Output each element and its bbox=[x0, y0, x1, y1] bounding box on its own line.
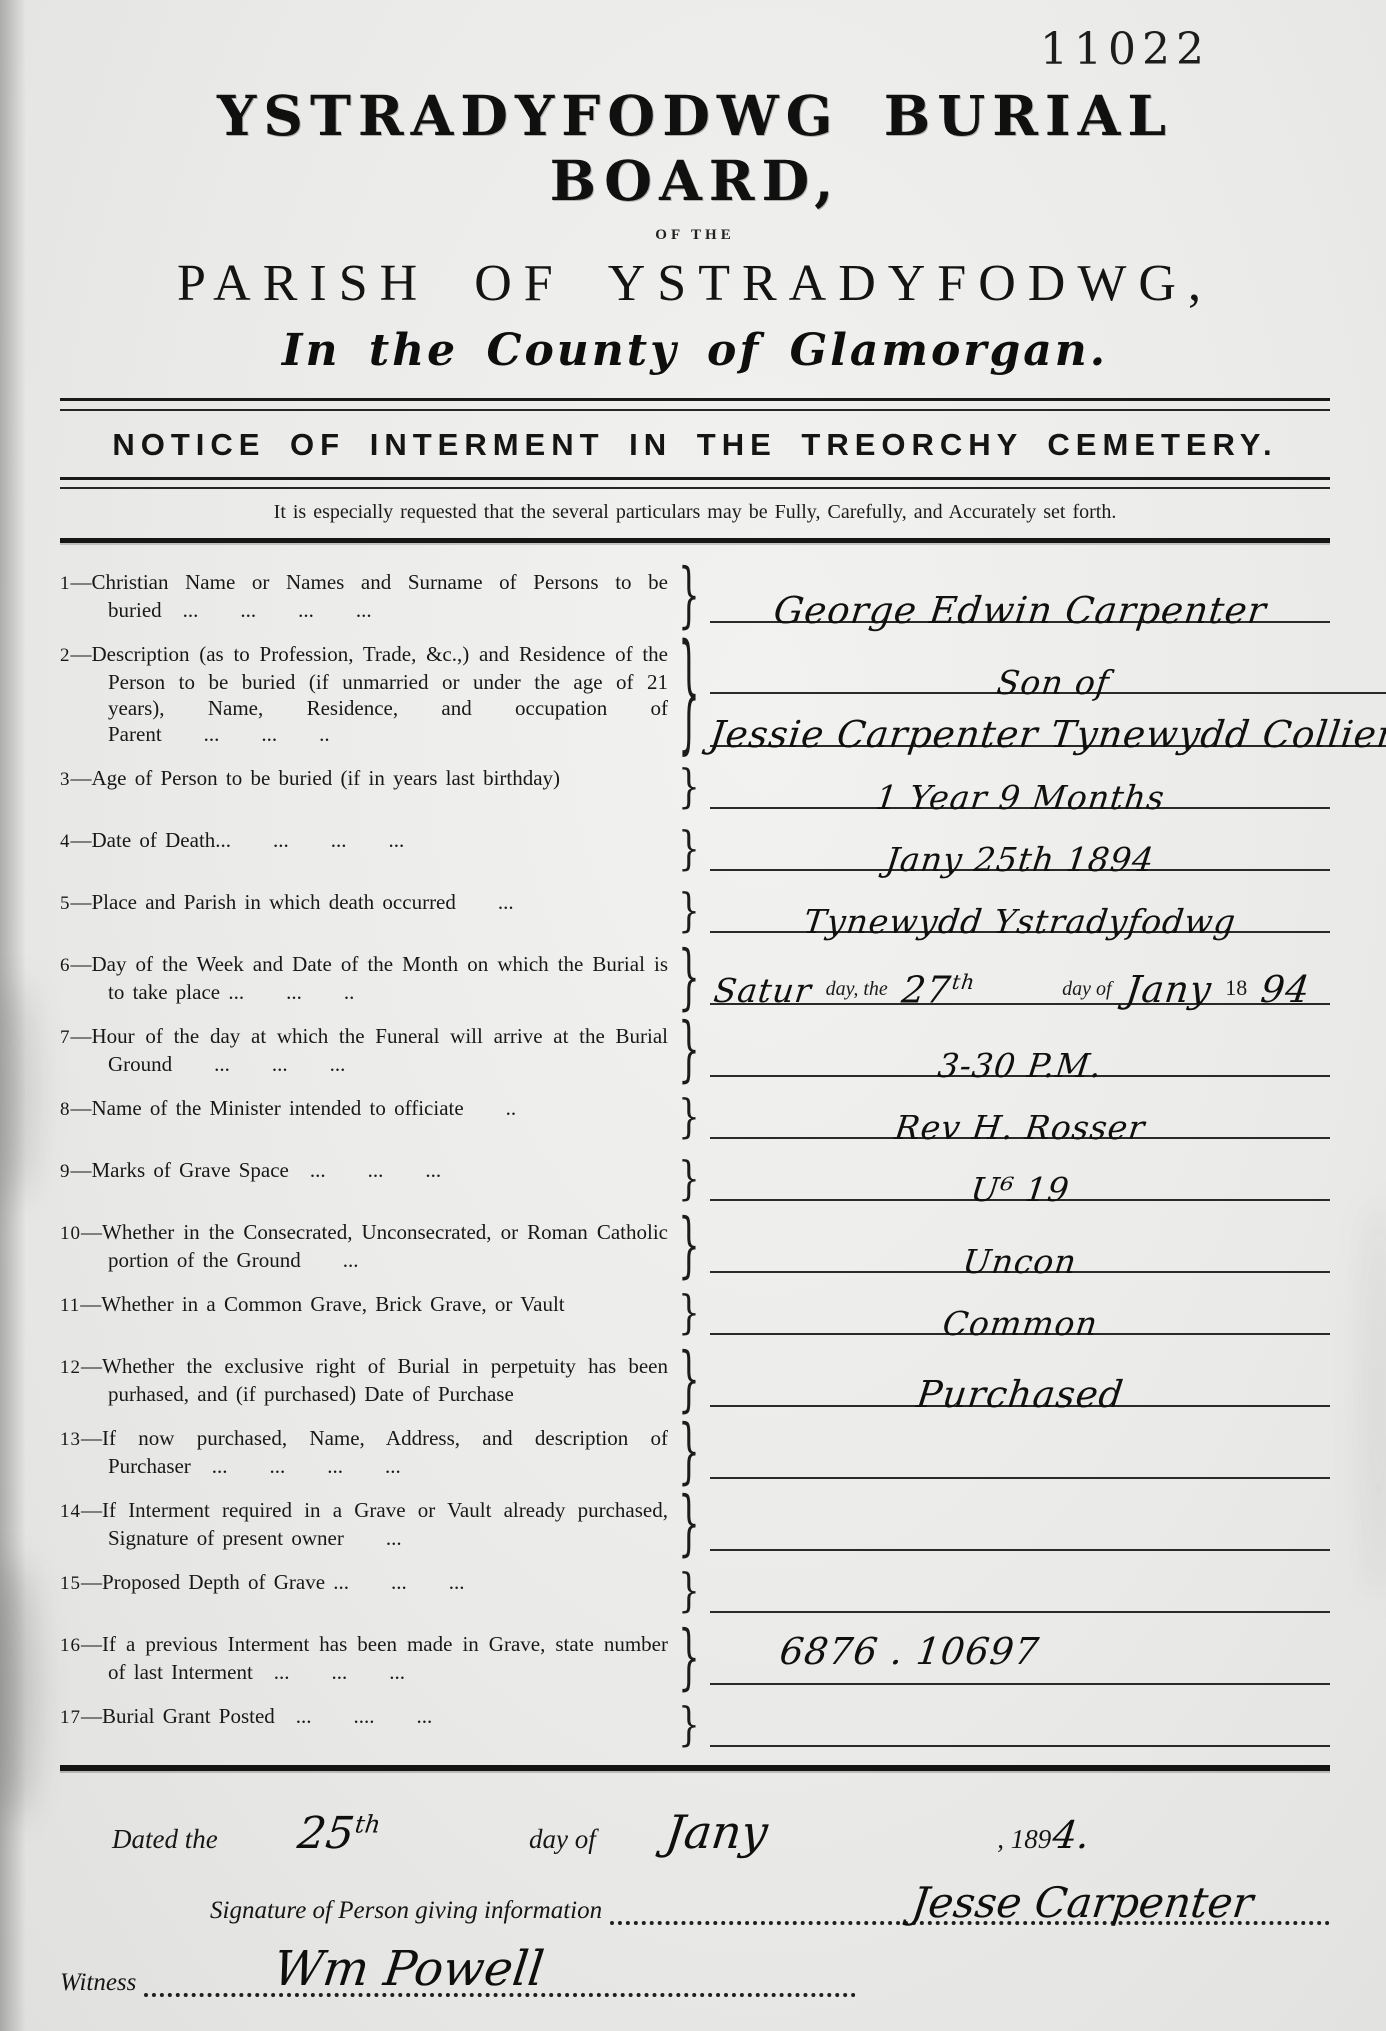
field-number: 15 bbox=[60, 1573, 81, 1594]
form-field: 4—Date of Death... ... ... ... } Jany 25… bbox=[60, 827, 1330, 871]
field-number: 10 bbox=[60, 1223, 81, 1244]
signature-label: Signature of Person giving information bbox=[210, 1897, 602, 1925]
field-number: 12 bbox=[60, 1357, 81, 1378]
field-number: 9 bbox=[60, 1161, 71, 1182]
form-field: 10—Whether in the Consecrated, Unconsecr… bbox=[60, 1219, 1330, 1273]
field-value-line: Satur day, the 27th day of Jany 18 94 bbox=[710, 951, 1330, 1005]
field-number: 3 bbox=[60, 769, 71, 790]
subtitle-of-the: OF THE bbox=[60, 227, 1330, 244]
field-label: 4—Date of Death... ... ... ... bbox=[60, 827, 668, 871]
field-label: 16—If a previous Interment has been made… bbox=[60, 1631, 668, 1685]
field-number: 6 bbox=[60, 955, 71, 976]
signature-dotted-rule: Jesse Carpenter bbox=[610, 1911, 1330, 1925]
handwritten-value: Jessie Carpenter Tynewydd Collier bbox=[708, 719, 1386, 750]
form-field: 3—Age of Person to be buried (if in year… bbox=[60, 765, 1330, 809]
field-number: 13 bbox=[60, 1429, 81, 1450]
form-content: 11022 YSTRADYFODWG BURIAL BOARD, OF THE … bbox=[0, 0, 1386, 1997]
field-number: 1 bbox=[60, 573, 71, 594]
field-number: 11 bbox=[60, 1295, 80, 1316]
printed-text: day, the bbox=[826, 978, 888, 1001]
field-value-line: Jany 25th 1894 bbox=[710, 827, 1330, 871]
field-value-line: Jessie Carpenter Tynewydd Collier bbox=[710, 694, 1386, 747]
witness-dotted-rule: Wm Powell bbox=[144, 1983, 855, 1997]
field-label: 3—Age of Person to be buried (if in year… bbox=[60, 765, 668, 809]
form-field: 16—If a previous Interment has been made… bbox=[60, 1631, 1330, 1685]
horizontal-rule bbox=[60, 477, 1330, 489]
handwritten-value: 1 Year 9 Months bbox=[874, 784, 1166, 812]
field-label: 6—Day of the Week and Date of the Month … bbox=[60, 951, 668, 1005]
handwritten-signature: Jesse Carpenter bbox=[909, 1878, 1256, 1927]
horizontal-rule bbox=[60, 398, 1330, 411]
field-label: 8—Name of the Minister intended to offic… bbox=[60, 1095, 668, 1139]
board-title: YSTRADYFODWG BURIAL BOARD, bbox=[60, 83, 1330, 213]
handwritten-value: Rev H. Rosser bbox=[893, 1114, 1147, 1142]
notice-title: NOTICE OF INTERMENT IN THE TREORCHY CEME… bbox=[60, 427, 1330, 463]
serial-number: 11022 bbox=[60, 24, 1330, 75]
field-value-line bbox=[710, 1569, 1330, 1613]
field-value-line: Son of bbox=[710, 641, 1386, 694]
field-number: 8 bbox=[60, 1099, 71, 1120]
field-value-line: 1 Year 9 Months bbox=[710, 765, 1330, 809]
printed-year-prefix: 18 bbox=[1225, 975, 1247, 1001]
field-value-line: Tynewydd Ystradyfodwg bbox=[710, 889, 1330, 933]
form-field: 8—Name of the Minister intended to offic… bbox=[60, 1095, 1330, 1139]
field-number: 7 bbox=[60, 1027, 71, 1048]
handwritten-dated-month: Jany bbox=[662, 1805, 770, 1859]
field-value-line: U⁶ 19 bbox=[710, 1157, 1330, 1201]
field-label: 14—If Interment required in a Grave or V… bbox=[60, 1497, 668, 1551]
field-label: 2—Description (as to Profession, Trade, … bbox=[60, 641, 668, 747]
field-label: 10—Whether in the Consecrated, Unconsecr… bbox=[60, 1219, 668, 1273]
field-value-line: Common bbox=[710, 1291, 1330, 1335]
field-number: 17 bbox=[60, 1707, 81, 1728]
field-label: 7—Hour of the day at which the Funeral w… bbox=[60, 1023, 668, 1077]
field-brace: } bbox=[668, 819, 710, 878]
handwritten-year: 94 bbox=[1259, 974, 1312, 1005]
form-field: 7—Hour of the day at which the Funeral w… bbox=[60, 1023, 1330, 1077]
handwritten-day: Satur bbox=[712, 977, 813, 1005]
interment-form: 1—Christian Name or Names and Surname of… bbox=[60, 569, 1330, 1747]
handwritten-value: Tynewydd Ystradyfodwg bbox=[802, 908, 1237, 936]
dated-prefix: Dated the bbox=[112, 1824, 218, 1855]
field-number: 5 bbox=[60, 893, 71, 914]
field-value-line bbox=[710, 1425, 1330, 1479]
county-title: In the County of Glamorgan. bbox=[60, 325, 1330, 376]
scanned-burial-form: 11022 YSTRADYFODWG BURIAL BOARD, OF THE … bbox=[0, 0, 1386, 2031]
handwritten-date: 27th bbox=[900, 974, 976, 1006]
field-number: 2 bbox=[60, 645, 71, 666]
field-value-line: Purchased bbox=[710, 1353, 1330, 1407]
field-value-stack: Son of Jessie Carpenter Tynewydd Collier bbox=[710, 641, 1386, 747]
field-label: 15—Proposed Depth of Grave ... ... ... bbox=[60, 1569, 668, 1613]
field-value-line: George Edwin Carpenter bbox=[710, 569, 1330, 623]
handwritten-value: 6876 . 10697 bbox=[778, 1636, 1041, 1667]
field-value-line bbox=[710, 1497, 1330, 1551]
handwritten-value: 3-30 P.M. bbox=[936, 1052, 1103, 1080]
field-label: 5—Place and Parish in which death occurr… bbox=[60, 889, 668, 933]
burial-day-line: Satur day, the 27th day of Jany 18 94 bbox=[710, 969, 1330, 1003]
handwritten-dated-day: 25th bbox=[295, 1808, 383, 1859]
field-label: 11—Whether in a Common Grave, Brick Grav… bbox=[60, 1291, 668, 1335]
field-number: 16 bbox=[60, 1635, 81, 1656]
field-label: 1—Christian Name or Names and Surname of… bbox=[60, 569, 668, 623]
printed-text: day of bbox=[1062, 978, 1111, 1001]
field-value-line: Uncon bbox=[710, 1219, 1330, 1273]
field-brace: } bbox=[668, 1087, 710, 1146]
handwritten-value: Uncon bbox=[961, 1248, 1078, 1276]
field-number: 14 bbox=[60, 1501, 81, 1522]
field-value-line bbox=[710, 1703, 1330, 1747]
form-field: 17—Burial Grant Posted ... .... ... } bbox=[60, 1703, 1330, 1747]
field-value-line: 3-30 P.M. bbox=[710, 1023, 1330, 1077]
witness-line: Witness Wm Powell bbox=[60, 1969, 1330, 1997]
form-field: 14—If Interment required in a Grave or V… bbox=[60, 1497, 1330, 1551]
dated-mid: day of bbox=[529, 1824, 596, 1855]
parish-title: PARISH OF YSTRADYFODWG, bbox=[60, 254, 1330, 313]
horizontal-rule bbox=[60, 1765, 1330, 1771]
field-label: 17—Burial Grant Posted ... .... ... bbox=[60, 1703, 668, 1747]
field-label: 13—If now purchased, Name, Address, and … bbox=[60, 1425, 668, 1479]
field-number: 4 bbox=[60, 831, 71, 852]
field-brace: } bbox=[668, 757, 710, 816]
signature-line: Signature of Person giving information J… bbox=[60, 1897, 1330, 1925]
dated-line: Dated the 25th day of Jany , 189 4. bbox=[60, 1805, 1330, 1859]
dated-year-prefix: , 189 bbox=[997, 1824, 1051, 1855]
field-label: 9—Marks of Grave Space ... ... ... bbox=[60, 1157, 668, 1201]
handwritten-value: Jany 25th 1894 bbox=[884, 846, 1156, 874]
handwritten-value: Common bbox=[941, 1310, 1099, 1338]
handwritten-dated-year: 4. bbox=[1051, 1813, 1093, 1857]
field-value-line: Rev H. Rosser bbox=[710, 1095, 1330, 1139]
form-field: 2—Description (as to Profession, Trade, … bbox=[60, 641, 1330, 747]
handwritten-value: Purchased bbox=[915, 1379, 1125, 1410]
witness-label: Witness bbox=[60, 1969, 136, 1997]
field-label: 12—Whether the exclusive right of Burial… bbox=[60, 1353, 668, 1407]
handwritten-value: U⁶ 19 bbox=[969, 1176, 1071, 1204]
handwritten-value: George Edwin Carpenter bbox=[772, 595, 1268, 626]
field-value-line: 6876 . 10697 bbox=[710, 1631, 1330, 1685]
handwritten-month: Jany bbox=[1124, 974, 1213, 1005]
field-brace: } bbox=[668, 1695, 710, 1754]
handwritten-value: Son of bbox=[995, 669, 1111, 697]
handwritten-witness: Wm Powell bbox=[271, 1941, 547, 1997]
